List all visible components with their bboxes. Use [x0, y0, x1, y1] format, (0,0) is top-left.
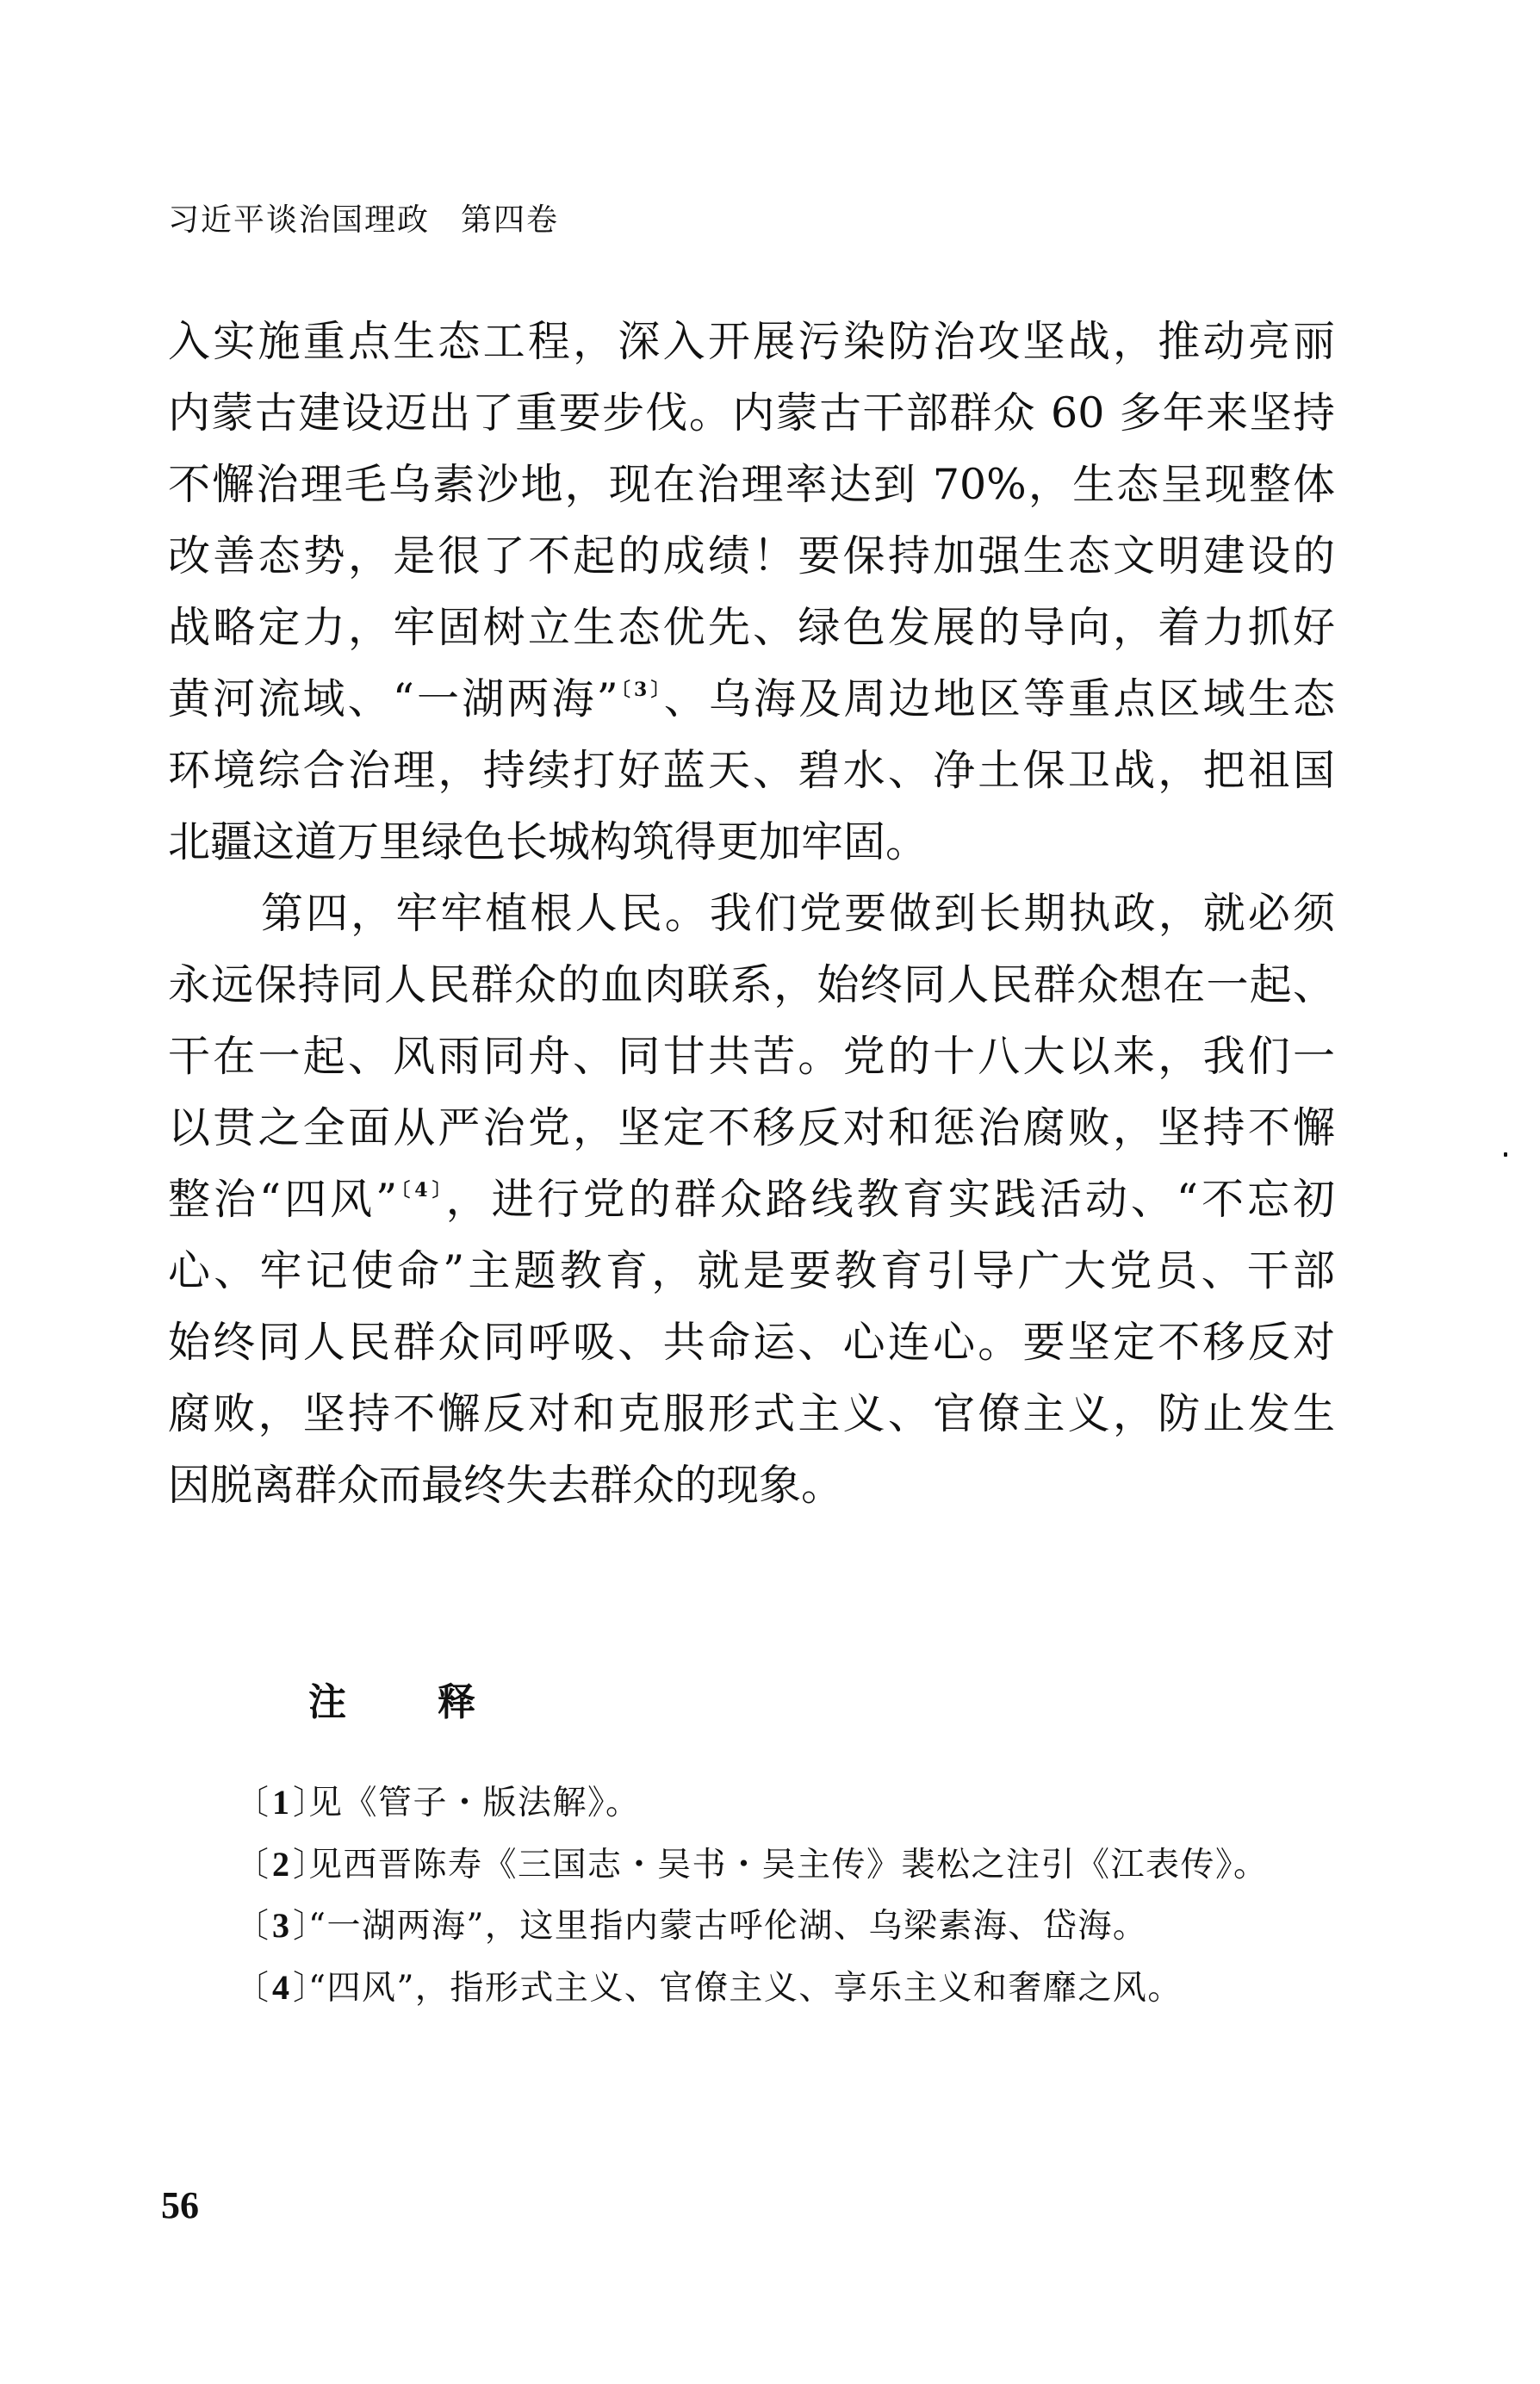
note-item: 〔4〕“四风”，指形式主义、官僚主义、享乐主义和奢靡之风。 [235, 1957, 1269, 2019]
scan-speck [1504, 1152, 1507, 1157]
note-number: 4 [272, 1968, 289, 2007]
text-line: 入实施重点生态工程，深入开展污染防治攻坚战，推动亮丽 [168, 306, 1335, 377]
text-line: 永远保持同人民群众的血肉联系，始终同人民群众想在一起、 [168, 949, 1335, 1021]
note-text: 见《管子・版法解》。 [308, 1784, 641, 1822]
notes-heading-char: 释 [438, 1682, 475, 1723]
text-line: 因脱离群众而最终失去群众的现象。 [168, 1450, 1335, 1521]
notes-heading-char: 注 [308, 1682, 346, 1723]
note-marker: 〔3〕 [235, 1895, 308, 1958]
note-item: 〔1〕见《管子・版法解》。 [235, 1772, 1269, 1834]
text-line: 始终同人民群众同呼吸、共命运、心连心。要坚定不移反对 [168, 1307, 1335, 1378]
paragraph: 入实施重点生态工程，深入开展污染防治攻坚战，推动亮丽 内蒙古建设迈出了重要步伐。… [168, 306, 1335, 878]
footnote-reference: 〔4〕 [397, 1179, 445, 1201]
text-line: 不懈治理毛乌素沙地，现在治理率达到 70%，生态呈现整体 [168, 449, 1335, 520]
note-number: 1 [272, 1783, 289, 1822]
text-line: 改善态势，是很了不起的成绩！要保持加强生态文明建设的 [168, 520, 1335, 592]
text-segment: 黄河流域、“一湖两海” [168, 674, 618, 723]
note-marker: 〔2〕 [235, 1834, 308, 1897]
note-text: “四风”，指形式主义、官僚主义、享乐主义和奢靡之风。 [308, 1969, 1183, 2008]
text-line: 干在一起、风雨同舟、同甘共苦。党的十八大以来，我们一 [168, 1021, 1335, 1092]
note-item: 〔3〕“一湖两海”，这里指内蒙古呼伦湖、乌梁素海、岱海。 [235, 1895, 1269, 1957]
paragraph: 第四，牢牢植根人民。我们党要做到长期执政，就必须 永远保持同人民群众的血肉联系，… [168, 878, 1335, 1521]
text-segment: 整治“四风” [168, 1175, 397, 1224]
text-line: 内蒙古建设迈出了重要步伐。内蒙古干部群众 60 多年来坚持 [168, 377, 1335, 449]
note-number: 2 [272, 1845, 289, 1884]
note-text: “一湖两海”，这里指内蒙古呼伦湖、乌梁素海、岱海。 [308, 1907, 1147, 1946]
bracket-open: 〔 [235, 1846, 269, 1884]
text-line: 腐败，坚持不懈反对和克服形式主义、官僚主义，防止发生 [168, 1378, 1335, 1450]
note-marker: 〔4〕 [235, 1957, 308, 2020]
text-line: 心、牢记使命”主题教育，就是要教育引导广大党员、干部 [168, 1235, 1335, 1307]
text-line: 北疆这道万里绿色长城构筑得更加牢固。 [168, 806, 1335, 878]
text-line: 以贯之全面从严治党，坚定不移反对和惩治腐败，坚持不懈 [168, 1092, 1335, 1164]
bracket-open: 〔 [235, 1969, 269, 2008]
text-segment: ，进行党的群众路线教育实践活动、“不忘初 [446, 1175, 1335, 1224]
text-line: 环境综合治理，持续打好蓝天、碧水、净土保卫战，把祖国 [168, 735, 1335, 806]
page-number: 56 [161, 2184, 199, 2227]
note-item: 〔2〕见西晋陈寿《三国志・吴书・吴主传》裴松之注引《江表传》。 [235, 1834, 1269, 1896]
footnote-reference: 〔3〕 [618, 679, 664, 701]
running-header: 习近平谈治国理政第四卷 [168, 203, 559, 238]
note-marker: 〔1〕 [235, 1772, 308, 1835]
body-text: 入实施重点生态工程，深入开展污染防治攻坚战，推动亮丽 内蒙古建设迈出了重要步伐。… [168, 306, 1335, 1521]
bracket-open: 〔 [235, 1907, 269, 1946]
book-title: 习近平谈治国理政 [168, 202, 430, 238]
text-line: 第四，牢牢植根人民。我们党要做到长期执政，就必须 [168, 878, 1335, 949]
volume-label: 第四卷 [461, 202, 559, 238]
text-line: 战略定力，牢固树立生态优先、绿色发展的导向，着力抓好 [168, 592, 1335, 663]
note-number: 3 [272, 1906, 289, 1945]
notes-list: 〔1〕见《管子・版法解》。 〔2〕见西晋陈寿《三国志・吴书・吴主传》裴松之注引《… [235, 1772, 1269, 2018]
bracket-open: 〔 [235, 1784, 269, 1822]
note-text: 见西晋陈寿《三国志・吴书・吴主传》裴松之注引《江表传》。 [308, 1846, 1269, 1884]
text-line: 整治“四风”〔4〕，进行党的群众路线教育实践活动、“不忘初 [168, 1164, 1335, 1235]
text-segment: 、乌海及周边地区等重点区域生态 [664, 674, 1335, 723]
text-line: 黄河流域、“一湖两海”〔3〕、乌海及周边地区等重点区域生态 [168, 663, 1335, 735]
book-page: 习近平谈治国理政第四卷 入实施重点生态工程，深入开展污染防治攻坚战，推动亮丽 内… [0, 0, 1540, 2384]
